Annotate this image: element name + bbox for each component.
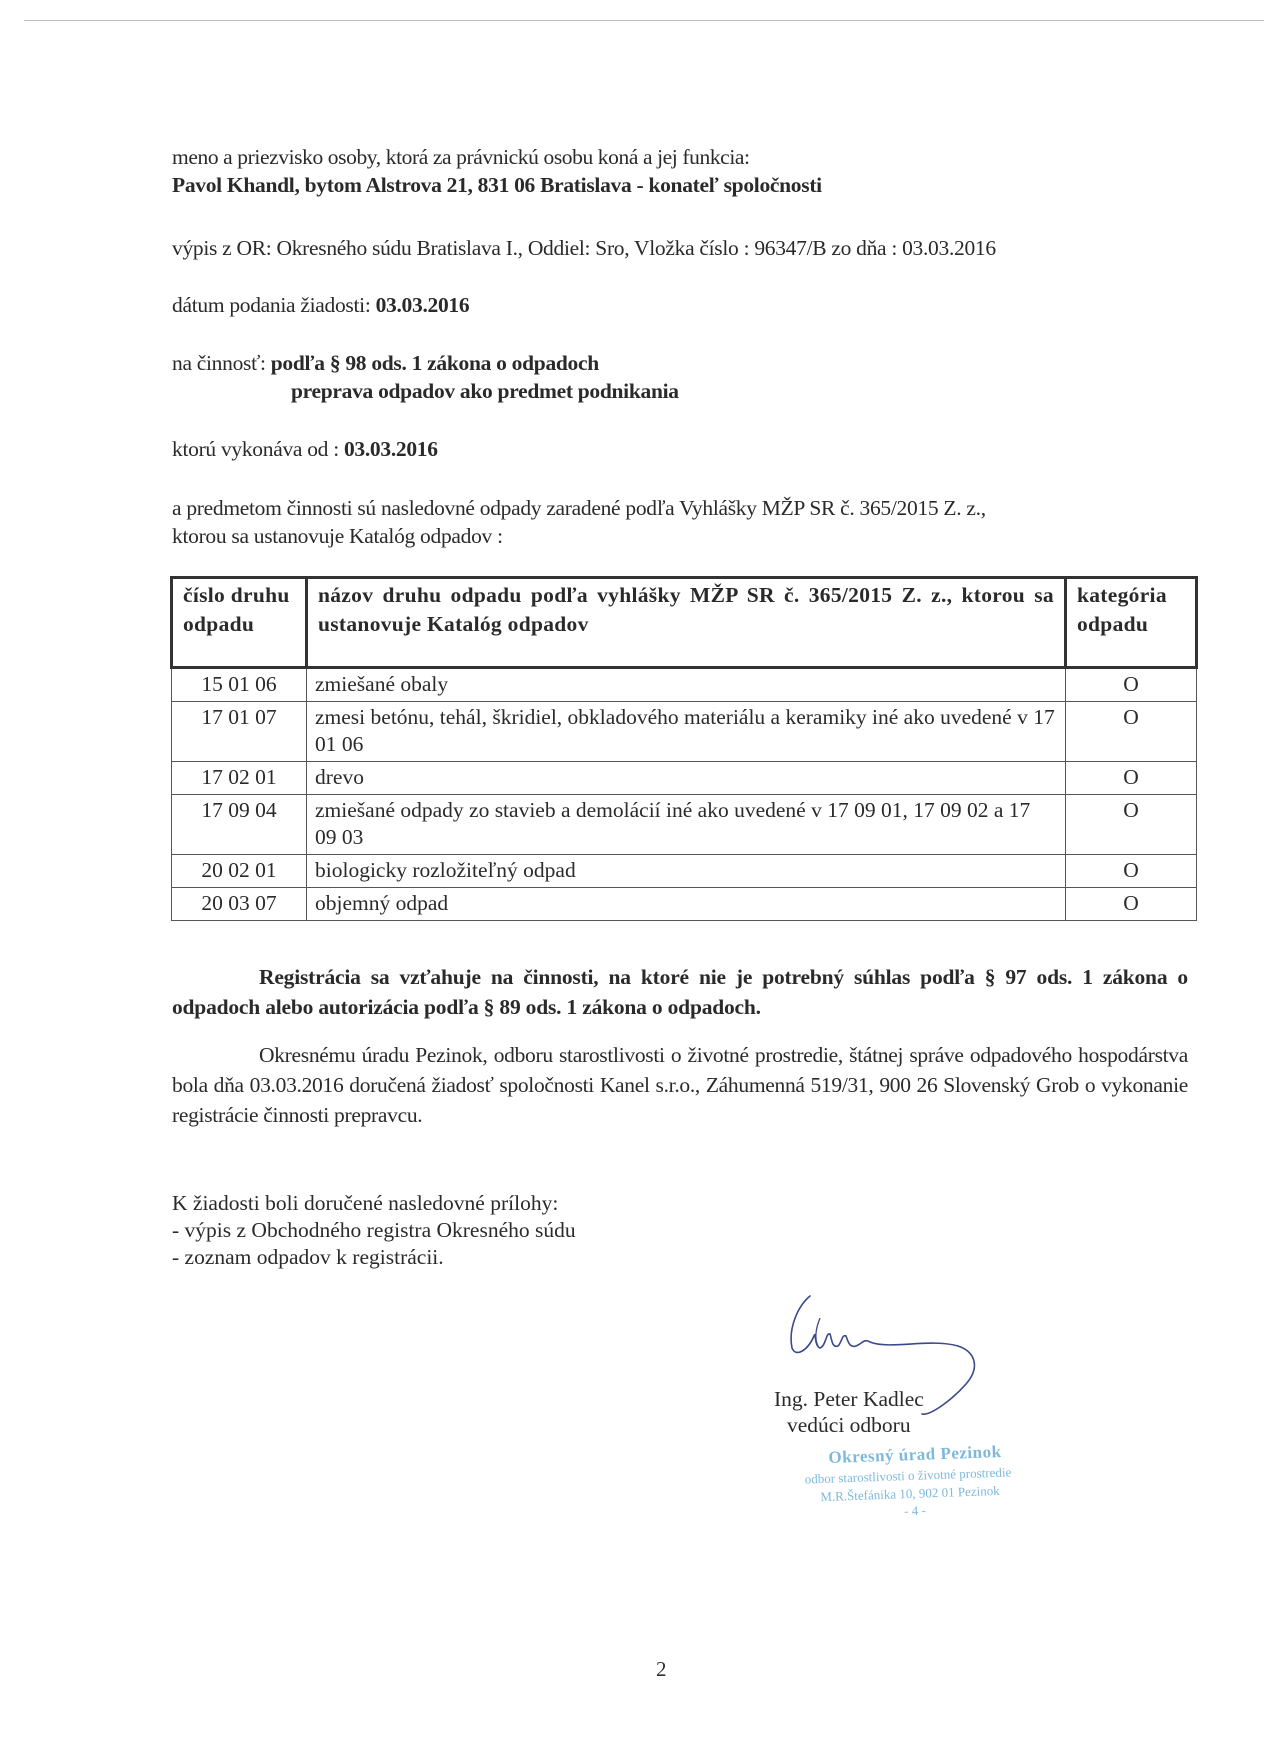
performs-since-line: ktorú vykonáva od : 03.03.2016 (172, 436, 438, 462)
table-row: 20 02 01biologicky rozložiteľný odpadO (172, 855, 1197, 888)
waste-name: zmiešané obaly (307, 668, 1066, 702)
table-row: 20 03 07objemný odpadO (172, 888, 1197, 921)
waste-category: O (1066, 795, 1197, 855)
performs-since-label: ktorú vykonáva od : (172, 437, 344, 461)
delivery-note: Okresnému úradu Pezinok, odboru starostl… (172, 1040, 1188, 1130)
signatory-title: vedúci odboru (787, 1412, 911, 1438)
waste-name: drevo (307, 762, 1066, 795)
subject-line-2: ktorou sa ustanovuje Katalóg odpadov : (172, 523, 503, 549)
registration-note: Registrácia sa vzťahuje na činnosti, na … (172, 962, 1188, 1022)
subject-line-1: a predmetom činnosti sú nasledovné odpad… (172, 495, 986, 521)
waste-code: 15 01 06 (172, 668, 307, 702)
waste-category: O (1066, 702, 1197, 762)
waste-category: O (1066, 855, 1197, 888)
waste-code: 17 09 04 (172, 795, 307, 855)
table-header-row: číslo druhu odpadu názov druhu odpadu po… (172, 578, 1197, 668)
waste-category: O (1066, 888, 1197, 921)
submission-label: dátum podania žiadosti: (172, 293, 376, 317)
table-row: 17 01 07zmesi betónu, tehál, škridiel, o… (172, 702, 1197, 762)
table-row: 15 01 06zmiešané obalyO (172, 668, 1197, 702)
header-category: kategória odpadu (1066, 578, 1197, 668)
activity-line: na činnosť: podľa § 98 ods. 1 zákona o o… (172, 350, 599, 376)
register-line: výpis z OR: Okresného súdu Bratislava I.… (172, 235, 996, 261)
performs-since-date: 03.03.2016 (344, 437, 438, 461)
person-label: meno a priezvisko osoby, ktorá za právni… (172, 144, 750, 170)
attachments-intro: K žiadosti boli doručené nasledovné príl… (172, 1190, 558, 1216)
submission-date: 03.03.2016 (376, 293, 470, 317)
activity-label: na činnosť: (172, 351, 271, 375)
header-name: názov druhu odpadu podľa vyhlášky MŽP SR… (307, 578, 1066, 668)
waste-name: objemný odpad (307, 888, 1066, 921)
waste-name: zmesi betónu, tehál, škridiel, obkladové… (307, 702, 1066, 762)
waste-category: O (1066, 762, 1197, 795)
attachment-item: - výpis z Obchodného registra Okresného … (172, 1217, 576, 1243)
attachment-item: - zoznam odpadov k registrácii. (172, 1244, 444, 1270)
activity-value-2: preprava odpadov ako predmet podnikania (291, 378, 679, 404)
table-row: 17 09 04zmiešané odpady zo stavieb a dem… (172, 795, 1197, 855)
waste-name: biologicky rozložiteľný odpad (307, 855, 1066, 888)
signatory-name: Ing. Peter Kadlec (774, 1386, 924, 1412)
person-value: Pavol Khandl, bytom Alstrova 21, 831 06 … (172, 172, 822, 198)
waste-category: O (1066, 668, 1197, 702)
waste-name: zmiešané odpady zo stavieb a demolácií i… (307, 795, 1066, 855)
waste-code: 17 01 07 (172, 702, 307, 762)
page-number: 2 (656, 1657, 667, 1682)
waste-code: 20 02 01 (172, 855, 307, 888)
waste-code: 20 03 07 (172, 888, 307, 921)
table-row: 17 02 01drevoO (172, 762, 1197, 795)
activity-value-1: podľa § 98 ods. 1 zákona o odpadoch (271, 351, 599, 375)
waste-code: 17 02 01 (172, 762, 307, 795)
top-rule (24, 20, 1264, 21)
submission-line: dátum podania žiadosti: 03.03.2016 (172, 292, 469, 318)
waste-table: číslo druhu odpadu názov druhu odpadu po… (170, 576, 1198, 921)
header-code: číslo druhu odpadu (172, 578, 307, 668)
